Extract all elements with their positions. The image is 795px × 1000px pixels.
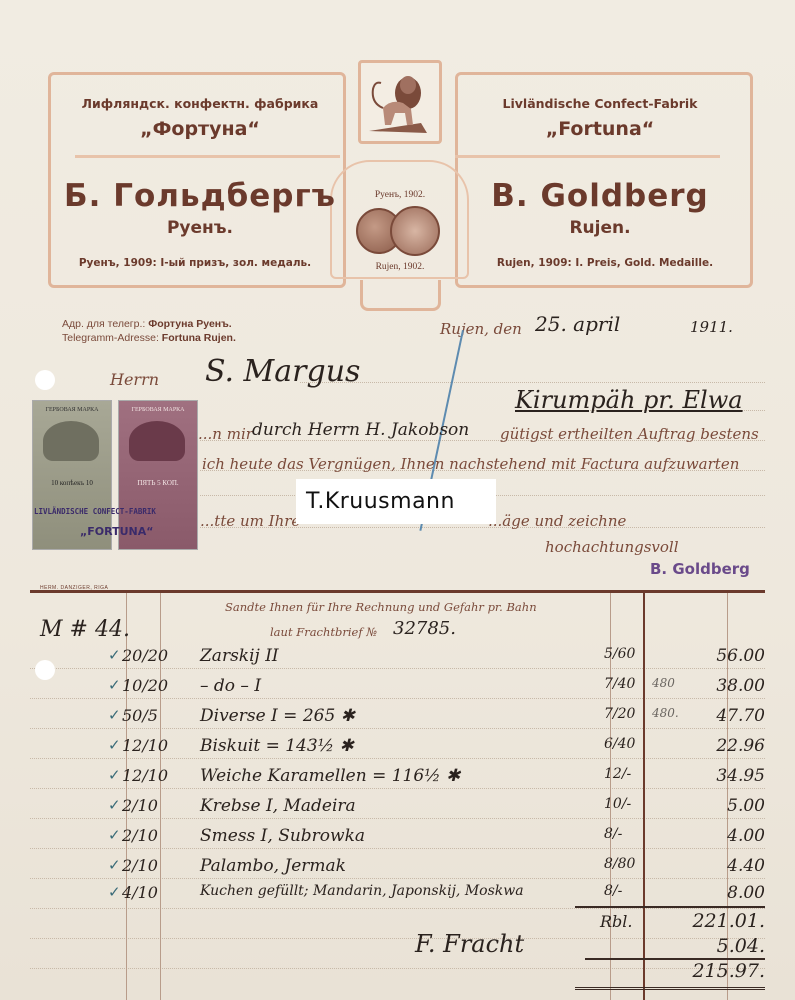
row-description: Weiche Karamellen = 116½ ✱: [200, 766, 460, 786]
city-de: Rujen.: [460, 218, 740, 238]
row-description: Kuchen gefüllt; Mandarin, Japonskij, Mos…: [200, 883, 524, 899]
brand-name-de: „Fortuna“: [460, 118, 740, 140]
punch-hole: [35, 660, 55, 680]
body-line1-handwritten: durch Herrn H. Jakobson: [252, 420, 469, 440]
body-line3-end: ...äge und zeichne: [488, 512, 626, 530]
row-description: Biskuit = 143½ ✱: [200, 736, 354, 756]
printer-credit: HERM. DANZIGER, RIGA: [40, 585, 108, 591]
row-amount: 8.00: [727, 883, 765, 903]
company-type-ru: Лифляндск. конфектн. фабрика: [60, 96, 340, 111]
ruled-line: [30, 818, 765, 819]
total-amount: 215.97.: [692, 960, 765, 982]
invoice-header-line2: laut Frachtbrief №: [270, 625, 377, 639]
telegraph-address-de: Telegramm-Adresse: Fortuna Rujen.: [62, 332, 236, 344]
ruled-line: [30, 788, 765, 789]
owner-name-ru: Б. Гольдбергъ: [60, 178, 340, 214]
date-day-month: 25. april: [535, 312, 620, 336]
row-amount: 5.00: [727, 796, 765, 816]
column-divider: [643, 593, 645, 1000]
date-year: 1911.: [690, 318, 733, 336]
row-amount: 56.00: [716, 646, 765, 666]
freight-label: F. Fracht: [415, 930, 524, 958]
row-description: Krebse I, Madeira: [200, 796, 356, 816]
row-quantity: 2/10: [122, 796, 158, 815]
row-description: Zarskij II: [200, 646, 279, 666]
checkmark-icon: ✓: [108, 736, 121, 754]
row-unit-price: 12/-: [604, 766, 631, 782]
row-amount: 4.40: [727, 856, 765, 876]
subtotal-label: Rbl.: [600, 912, 633, 931]
row-description: Diverse I = 265 ✱: [200, 706, 355, 726]
name-overlay-label: T.Kruusmann: [296, 479, 496, 524]
ruled-line: [30, 908, 765, 909]
row-amount: 47.70: [716, 706, 765, 726]
checkmark-icon: ✓: [108, 646, 121, 664]
prize-de: Rujen, 1909: I. Preis, Gold. Medaille.: [460, 257, 750, 269]
row-amount: 38.00: [716, 676, 765, 696]
overlay-name: T.Kruusmann: [306, 489, 455, 514]
row-quantity: 12/10: [122, 736, 168, 755]
stamp-header: ГЕРБОВАЯ МАРКА: [119, 407, 197, 413]
company-type-de: Livländische Confect-Fabrik: [460, 96, 740, 111]
telegraph-address-ru: Адр. для телегр.: Фортуна Руенъ.: [62, 318, 232, 330]
body-line2: ich heute das Vergnügen, Ihnen nachstehe…: [202, 455, 739, 473]
ruled-line: [30, 968, 765, 969]
row-quantity: 12/10: [122, 766, 168, 785]
medal-inscription-icon: [390, 206, 440, 256]
row-note: 480.: [652, 706, 679, 720]
double-eagle-icon: [129, 421, 185, 461]
bottom-pendant-ornament: [360, 280, 441, 311]
lion-emblem-icon: [358, 60, 442, 144]
double-eagle-icon: [43, 421, 99, 461]
checkmark-icon: ✓: [108, 856, 121, 874]
row-description: – do – I: [200, 676, 261, 696]
row-unit-price: 10/-: [604, 796, 631, 812]
ruled-line: [30, 878, 765, 879]
stamp-header: ГЕРБОВАЯ МАРКА: [33, 407, 111, 413]
checkmark-icon: ✓: [108, 706, 121, 724]
brand-name-ru: „Фортуна“: [60, 118, 340, 140]
owner-name-de: B. Goldberg: [460, 178, 740, 214]
stamp-value: 10 копѣекъ 10: [33, 479, 111, 487]
row-unit-price: 6/40: [604, 736, 635, 752]
waybill-number: 32785.: [393, 618, 456, 639]
row-amount: 4.00: [727, 826, 765, 846]
row-unit-price: 8/-: [604, 883, 622, 899]
ruled-line: [30, 698, 765, 699]
row-unit-price: 8/80: [604, 856, 635, 872]
prize-ru: Руенъ, 1909: I-ый призъ, зол. медаль.: [50, 257, 340, 269]
total-double-rule: [575, 987, 765, 990]
medal-caption-de: Rujen, 1902.: [360, 262, 440, 272]
checkmark-icon: ✓: [108, 676, 121, 694]
row-description: Smess I, Subrowka: [200, 826, 365, 846]
recipient-name: S. Margus: [205, 354, 360, 389]
row-unit-price: 7/20: [604, 706, 635, 722]
right-divider-ornament: [455, 155, 720, 158]
ruled-line: [300, 382, 765, 383]
closing: hochachtungsvoll: [545, 538, 679, 556]
stamp-value: ПЯТЬ 5 КОП.: [119, 479, 197, 487]
city-ru: Руенъ.: [60, 218, 340, 238]
ruled-line: [30, 668, 765, 669]
ruled-line: [30, 848, 765, 849]
body-line1-end: gütigst ertheilten Auftrag bestens: [500, 425, 759, 443]
left-divider-ornament: [75, 155, 340, 158]
punch-hole: [35, 370, 55, 390]
row-amount: 22.96: [716, 736, 765, 756]
medal-caption-ru: Руенъ, 1902.: [360, 190, 440, 200]
row-unit-price: 5/60: [604, 646, 635, 662]
ruled-line: [30, 938, 765, 939]
row-quantity: 4/10: [122, 883, 158, 902]
signature-stamp: B. Goldberg: [650, 560, 750, 578]
row-description: Palambo, Jermak: [200, 856, 346, 876]
row-quantity: 10/20: [122, 676, 168, 695]
date-prefix: Rujen, den: [440, 320, 522, 338]
row-quantity: 2/10: [122, 826, 158, 845]
row-quantity: 2/10: [122, 856, 158, 875]
invoice-top-rule: [30, 590, 765, 593]
checkmark-icon: ✓: [108, 883, 121, 901]
row-quantity: 50/5: [122, 706, 158, 725]
stamp-cancellation-line2: „FORTUNA“: [80, 525, 153, 538]
ruled-line: [30, 728, 765, 729]
row-unit-price: 7/40: [604, 676, 635, 692]
invoice-header-line1: Sandte Ihnen für Ihre Rechnung und Gefah…: [225, 600, 537, 614]
subtotal-amount: 221.01.: [692, 910, 765, 932]
stamp-cancellation-line1: LIVLÄNDISCHE CONFECT-FABRIK: [34, 507, 156, 516]
salutation: Herrn: [110, 370, 159, 389]
body-line3-start: ...tte um Ihre: [200, 512, 300, 530]
freight-amount: 5.04.: [717, 935, 765, 957]
body-line1-start: ...n mir: [198, 425, 253, 443]
checkmark-icon: ✓: [108, 826, 121, 844]
recipient-place: Kirumpäh pr. Elwa: [515, 386, 743, 414]
subtotal-rule: [575, 906, 765, 908]
row-amount: 34.95: [716, 766, 765, 786]
ruled-line: [30, 758, 765, 759]
row-unit-price: 8/-: [604, 826, 622, 842]
row-note: 480: [652, 676, 675, 690]
order-number: M # 44.: [40, 617, 130, 642]
checkmark-icon: ✓: [108, 766, 121, 784]
invoice-document: Руенъ, 1902. Rujen, 1902. Лифляндск. кон…: [0, 0, 795, 1000]
checkmark-icon: ✓: [108, 796, 121, 814]
row-quantity: 20/20: [122, 646, 168, 665]
